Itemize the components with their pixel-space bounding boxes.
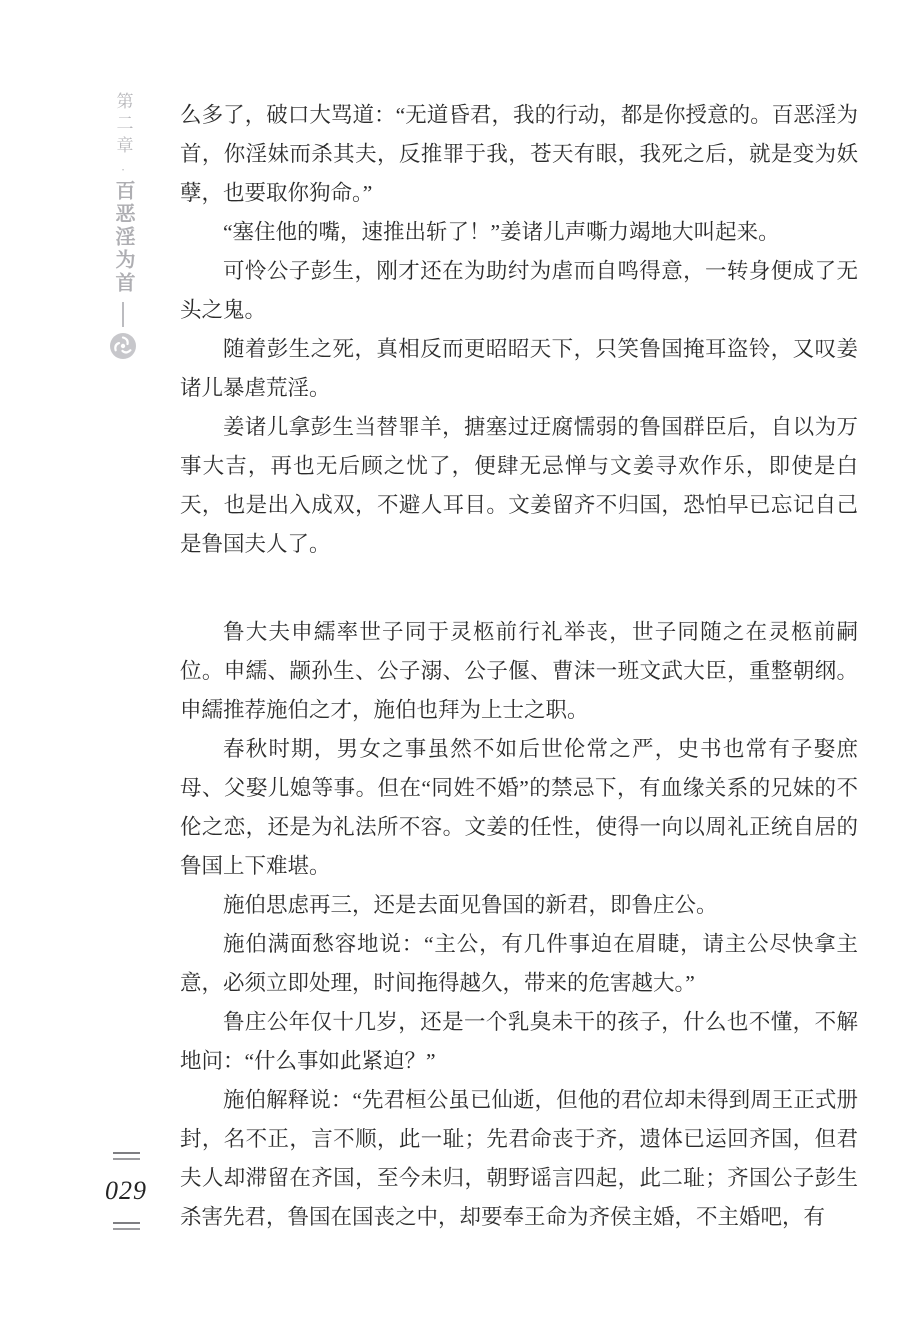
paragraph: 鲁大夫申繻率世子同于灵柩前行礼举丧，世子同随之在灵柩前嗣位。申繻、颛孙生、公子溺… xyxy=(180,613,858,730)
page-body: 么多了，破口大骂道：“无道昏君，我的行动，都是你授意的。百恶淫为首，你淫妹而杀其… xyxy=(180,96,858,1256)
double-rule-top-icon xyxy=(113,1152,140,1160)
paragraph: 可怜公子彭生，刚才还在为助纣为虐而自鸣得意，一转身便成了无头之鬼。 xyxy=(180,252,858,330)
chapter-title: 百恶淫为首 xyxy=(113,180,133,295)
paragraph: 姜诸儿拿彭生当替罪羊，搪塞过迂腐懦弱的鲁国群臣后，自以为万事大吉，再也无后顾之忧… xyxy=(180,408,858,564)
chapter-number-label: 第二章 xyxy=(115,92,132,158)
chapter-separator-dot: · xyxy=(117,162,130,177)
paragraph: 施伯解释说：“先君桓公虽已仙逝，但他的君位却未得到周王正式册封，名不正，言不顺，… xyxy=(180,1081,858,1237)
paragraph: 鲁庄公年仅十几岁，还是一个乳臭未干的孩子，什么也不懂，不解地问：“什么事如此紧迫… xyxy=(180,1003,858,1081)
double-rule-bottom-icon xyxy=(113,1222,140,1230)
text-section: 鲁大夫申繻率世子同于灵柩前行礼举丧，世子同随之在灵柩前嗣位。申繻、颛孙生、公子溺… xyxy=(180,613,858,1237)
em-dash-icon xyxy=(122,302,124,327)
book-page: 第二章 · 百恶淫为首 么多了，破口大骂道：“无道昏君，我的行动，都是你授意的。… xyxy=(0,0,913,1338)
paragraph: 随着彭生之死，真相反而更昭昭天下，只笑鲁国掩耳盗铃，又叹姜诸儿暴虐荒淫。 xyxy=(180,330,858,408)
page-number-block: 029 xyxy=(100,1152,152,1230)
paragraph: 春秋时期，男女之事虽然不如后世伦常之严，史书也常有子娶庶母、父娶儿媳等事。但在“… xyxy=(180,730,858,886)
paragraph: 施伯满面愁容地说：“主公，有几件事迫在眉睫，请主公尽快拿主意，必须立即处理，时间… xyxy=(180,925,858,1003)
paragraph: “塞住他的嘴，速推出斩了！”姜诸儿声嘶力竭地大叫起来。 xyxy=(180,213,858,252)
chapter-sidebar: 第二章 · 百恶淫为首 xyxy=(106,92,140,360)
text-section: 么多了，破口大骂道：“无道昏君，我的行动，都是你授意的。百恶淫为首，你淫妹而杀其… xyxy=(180,96,858,564)
paragraph: 施伯思虑再三，还是去面见鲁国的新君，即鲁庄公。 xyxy=(180,886,858,925)
swirl-medallion-icon xyxy=(109,332,137,360)
page-number: 029 xyxy=(105,1175,147,1206)
paragraph: 么多了，破口大骂道：“无道昏君，我的行动，都是你授意的。百恶淫为首，你淫妹而杀其… xyxy=(180,96,858,213)
